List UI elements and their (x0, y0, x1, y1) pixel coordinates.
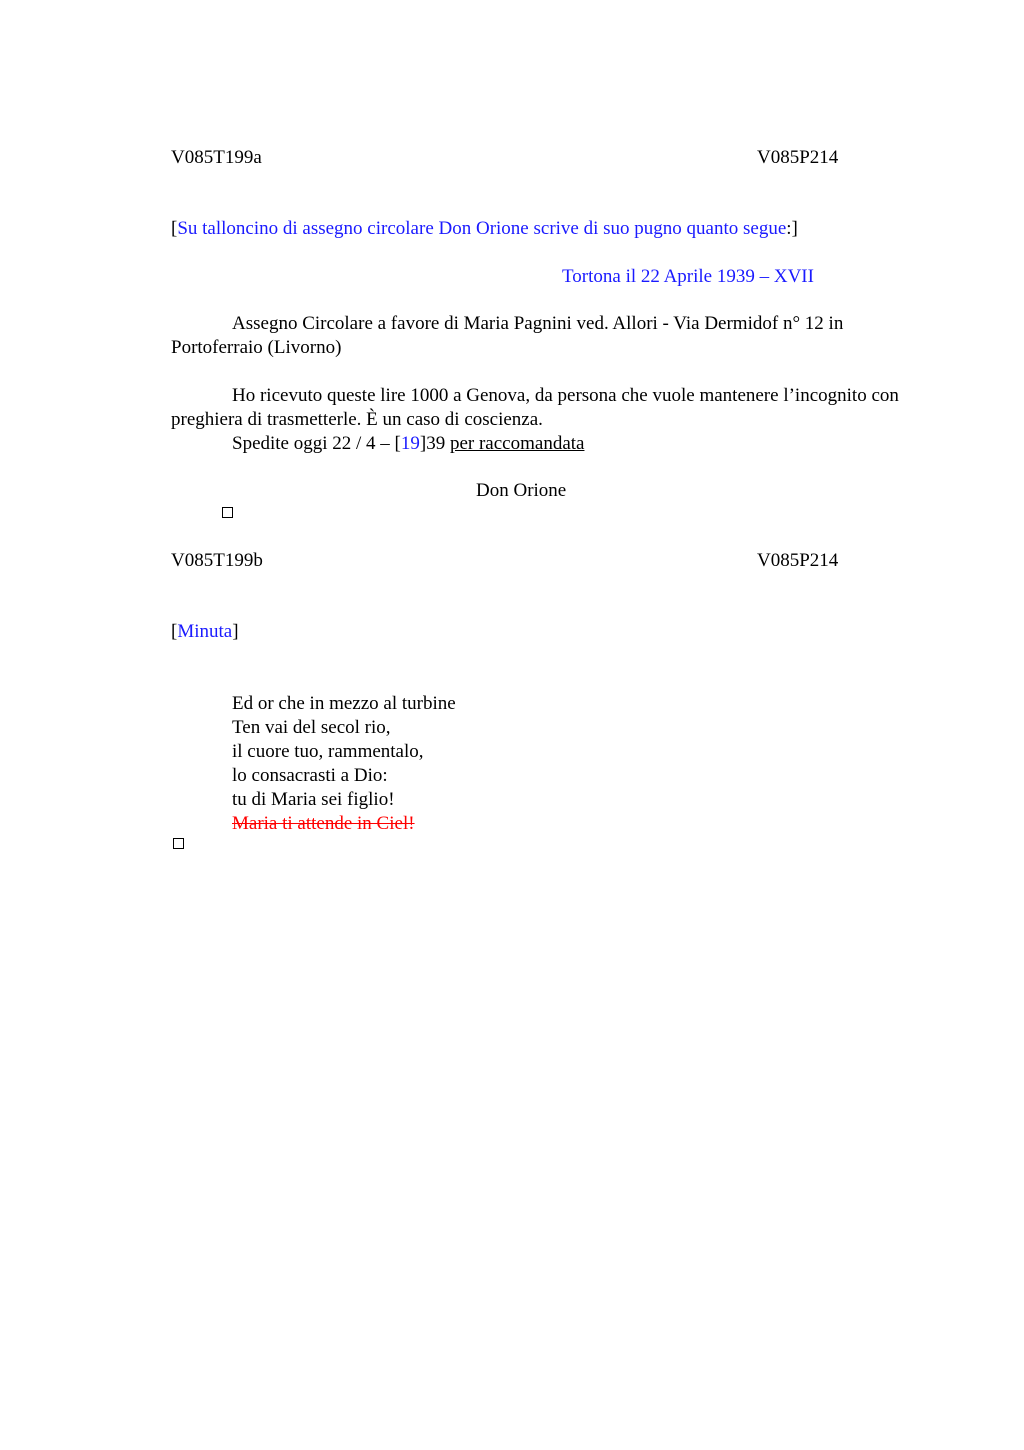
verse-line: Ten vai del secol rio, (232, 716, 456, 740)
editorial-note-b: [Minuta] (171, 620, 239, 644)
document-code-a: V085T199a (171, 146, 262, 170)
verse-line: il cuore tuo, rammentalo, (232, 740, 456, 764)
sent-line-prefix: Spedite oggi 22 / 4 – [ (232, 433, 401, 454)
editorial-note-text: Su talloncino di assegno circolare Don O… (177, 218, 786, 239)
verse-line-deleted: Maria ti attende in Ciel! (232, 812, 456, 836)
bracket-close: ] (232, 621, 238, 642)
editorial-note-a: [Su talloncino di assegno circolare Don … (171, 217, 798, 241)
verse-line: tu di Maria sei figlio! (232, 788, 456, 812)
sent-line-editorial: 19 (401, 433, 420, 454)
signature: Don Orione (476, 479, 566, 503)
page-code-b: V085P214 (757, 549, 838, 573)
sent-line-underlined: per raccomandata (450, 433, 585, 454)
square-box-icon (173, 838, 184, 849)
paragraph-assegno: Assegno Circolare a favore di Maria Pagn… (171, 312, 931, 360)
page-code-a: V085P214 (757, 146, 838, 170)
verse-line: lo consacrasti a Dio: (232, 764, 456, 788)
dateline: Tortona il 22 Aprile 1939 – XVII (562, 265, 814, 289)
sent-line: Spedite oggi 22 / 4 – [19]39 per raccoma… (232, 432, 584, 456)
square-box-icon (222, 507, 233, 518)
document-code-b: V085T199b (171, 549, 263, 573)
paragraph-assegno-text: Assegno Circolare a favore di Maria Pagn… (171, 313, 843, 358)
sent-line-suffix: ]39 (420, 433, 450, 454)
verse-line: Ed or che in mezzo al turbine (232, 692, 456, 716)
paragraph-ricevuto: Ho ricevuto queste lire 1000 a Genova, d… (171, 384, 926, 432)
bracket-close: :] (786, 218, 798, 239)
paragraph-ricevuto-text: Ho ricevuto queste lire 1000 a Genova, d… (171, 385, 899, 430)
editorial-note-text: Minuta (177, 621, 232, 642)
verse-block: Ed or che in mezzo al turbine Ten vai de… (232, 692, 456, 836)
